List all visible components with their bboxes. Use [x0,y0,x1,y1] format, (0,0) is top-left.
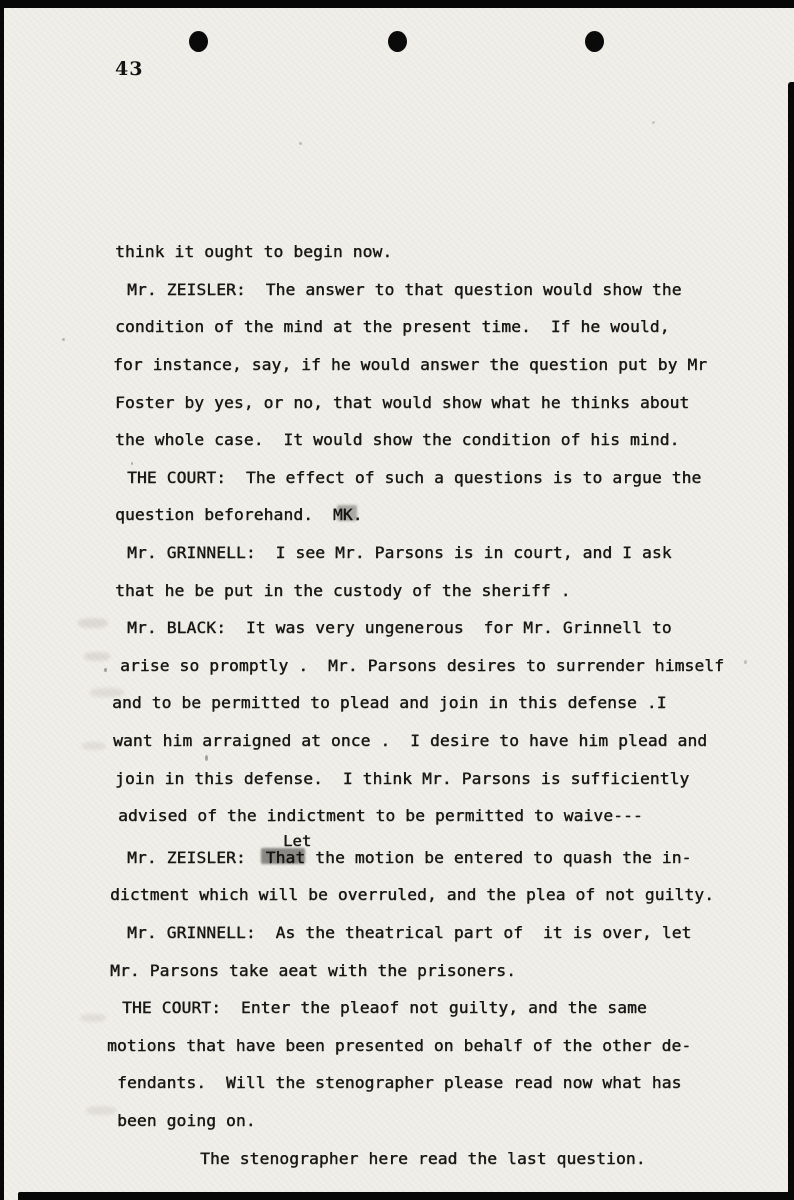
scan-speckle [299,142,302,145]
scan-smudge [150,1044,164,1050]
transcript-line: arise so promptly . Mr. Parsons desires … [120,657,724,675]
transcript-line: THE COURT: Enter the pleaof not guilty, … [122,999,647,1017]
binder-hole-dot [189,31,208,52]
scan-edge-bottom [18,1192,794,1200]
transcript-line: Mr. ZEISLER: That the motion be entered … [127,849,691,867]
scan-smudge [86,1106,116,1115]
transcript-line: and to be permitted to plead and join in… [112,694,667,712]
binder-hole-dot [585,31,604,52]
scan-speckle [205,755,208,761]
transcript-line: Mr. Parsons take aeat with the prisoners… [110,962,516,980]
transcript-line: that he be put in the custody of the she… [115,582,571,600]
scan-edge-right [788,82,794,1200]
transcript-line: Mr. BLACK: It was very ungenerous for Mr… [127,619,672,637]
transcript-line: Mr. ZEISLER: The answer to that question… [127,281,682,299]
scan-smudge [80,1014,106,1022]
binder-hole-dot [388,31,407,52]
transcript-closing-line: The stenographer here read the last ques… [200,1150,646,1168]
transcript-line: condition of the mind at the present tim… [115,318,670,336]
scan-speckle [652,121,655,124]
transcript-line: dictment which will be overruled, and th… [110,886,714,904]
scan-edge-top [0,0,794,8]
transcript-line: motions that have been presented on beha… [107,1037,691,1055]
ink-blot-overstrike [261,848,305,864]
transcript-line: advised of the indictment to be permitte… [118,807,643,825]
transcript-line: want him arraigned at once . I desire to… [113,732,707,750]
transcript-line: the whole case. It would show the condit… [115,431,679,449]
scan-smudge [82,742,106,750]
transcript-line: for instance, say, if he would answer th… [113,356,707,374]
transcript-line: THE COURT: The effect of such a question… [127,469,701,487]
scan-smudge [78,618,108,628]
transcript-line: been going on. [117,1112,256,1130]
scan-speckle [62,338,65,341]
page-number: 43 [115,58,143,80]
transcript-line: fendants. Will the stenographer please r… [117,1074,681,1092]
transcript-line: think it ought to begin now. [115,243,392,261]
ink-blot-overstrike [337,505,357,521]
scan-smudge [84,652,110,661]
transcript-line: Mr. GRINNELL: I see Mr. Parsons is in co… [127,544,672,562]
transcript-line: Mr. GRINNELL: As the theatrical part of … [127,924,691,942]
scan-smudge [90,688,124,697]
scan-speckle [131,462,133,465]
transcript-line: Foster by yes, or no, that would show wh… [115,394,689,412]
transcript-line: join in this defense. I think Mr. Parson… [115,770,689,788]
scan-speckle [744,660,747,664]
transcript-line: question beforehand. MK. [115,506,363,524]
scan-speckle [104,668,107,672]
scanned-transcript-page: 43 think it ought to begin now. Mr. ZEIS… [0,0,794,1200]
scan-edge-left [0,0,4,1200]
